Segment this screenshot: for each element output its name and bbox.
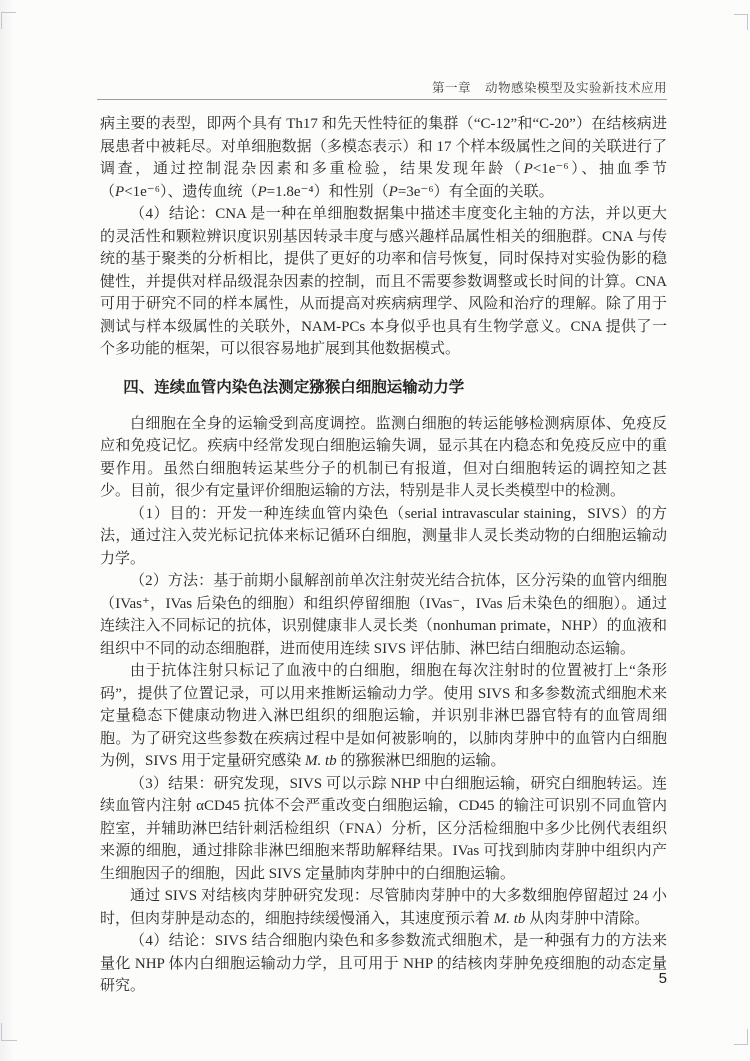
header-rule — [97, 99, 667, 100]
paragraph: 由于抗体注射只标记了血液中的白细胞，细胞在每次注射时的位置被打上“条形码”，提供… — [100, 660, 667, 773]
chapter-title: 动物感染模型及实验新技术应用 — [485, 81, 667, 95]
book-page: 第一章动物感染模型及实验新技术应用 病主要的表型，即两个具有 Th17 和先天性… — [0, 0, 750, 1061]
paragraph: 通过 SIVS 对结核肉芽肿研究发现：尽管肺肉芽肿中的大多数细胞停留超过 24 … — [100, 885, 667, 930]
paragraph: 白细胞在全身的运输受到高度调控。监测白细胞的转运能够检测病原体、免疫反应和免疫记… — [100, 413, 667, 503]
paragraph: （3）结果：研究发现，SIVS 可以示踪 NHP 中白细胞运输，研究白细胞转运。… — [100, 773, 667, 886]
crop-mark-top-right-icon — [734, 14, 748, 30]
page-number: 5 — [659, 970, 667, 987]
crop-mark-bottom-left-icon — [1, 1023, 17, 1041]
chapter-label: 第一章 — [432, 81, 471, 95]
paragraph: （4）结论：SIVS 结合细胞内染色和多参数流式细胞术，是一种强有力的方法来量化… — [100, 930, 667, 998]
paragraph: （4）结论：CNA 是一种在单细胞数据集中描述丰度变化主轴的方法，并以更大的灵活… — [100, 203, 667, 361]
section-heading: 四、连续血管内染色法测定猕猴白细胞运输动力学 — [100, 377, 667, 399]
body-text: 病主要的表型，即两个具有 Th17 和先天性特征的集群（“C-12”和“C-20… — [100, 113, 667, 998]
paragraph: （1）目的：开发一种连续血管内染色（serial intravascular s… — [100, 503, 667, 571]
running-head: 第一章动物感染模型及实验新技术应用 — [100, 78, 667, 96]
paragraph: （2）方法：基于前期小鼠解剖前单次注射荧光结合抗体，区分污染的血管内细胞（IVa… — [100, 570, 667, 660]
paragraph: 病主要的表型，即两个具有 Th17 和先天性特征的集群（“C-12”和“C-20… — [100, 113, 667, 203]
crop-mark-top-left-icon — [1, 12, 16, 29]
crop-mark-bottom-right-icon — [734, 1029, 748, 1045]
